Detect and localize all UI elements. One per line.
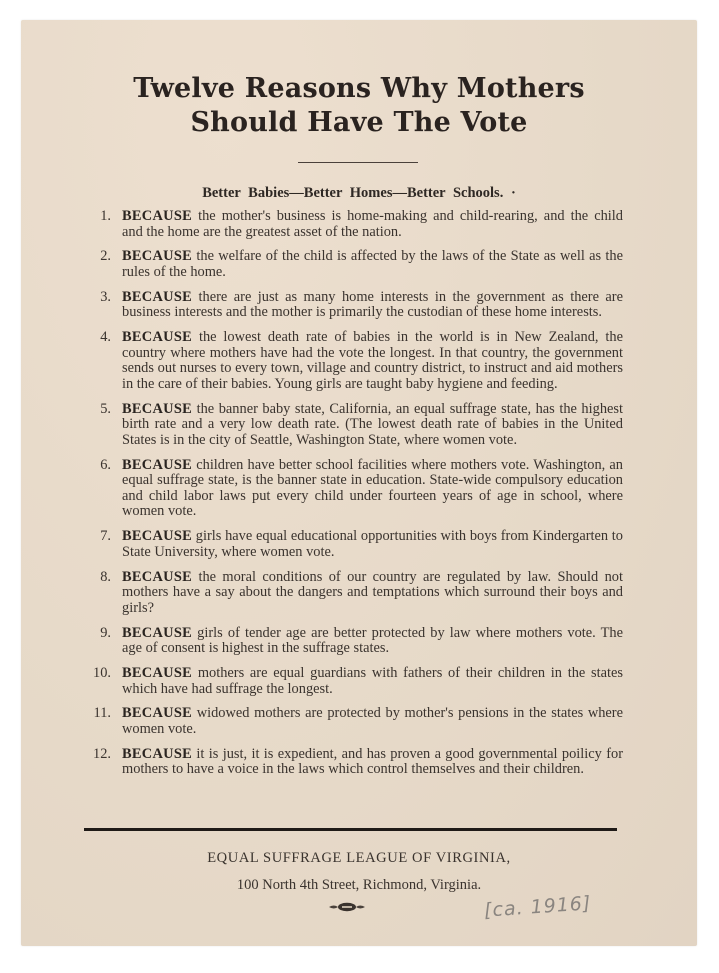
title-line-2: Should Have The Vote bbox=[21, 106, 697, 140]
reason-text: the lowest death rate of babies in the w… bbox=[122, 329, 623, 392]
organization-name: EQUAL SUFFRAGE LEAGUE OF VIRGINIA, bbox=[21, 850, 697, 867]
reason-keyword: BECAUSE bbox=[122, 289, 192, 305]
subtitle: Better Babies—Better Homes—Better School… bbox=[21, 185, 697, 202]
reason-item: 12.BECAUSE it is just, it is expedient, … bbox=[83, 747, 623, 778]
reason-item: 4.BECAUSE the lowest death rate of babie… bbox=[83, 330, 623, 392]
reason-keyword: BECAUSE bbox=[122, 329, 192, 345]
reason-keyword: BECAUSE bbox=[122, 528, 192, 544]
reason-item: 1.BECAUSE the mother's business is home-… bbox=[83, 209, 623, 240]
reason-item: 8.BECAUSE the moral conditions of our co… bbox=[83, 570, 623, 617]
reason-keyword: BECAUSE bbox=[122, 208, 192, 224]
reason-number: 5. bbox=[83, 402, 111, 418]
reason-text: the banner baby state, California, an eq… bbox=[122, 401, 623, 448]
reason-text: girls have equal educational opportuniti… bbox=[122, 528, 623, 560]
reason-number: 3. bbox=[83, 290, 111, 306]
reason-item: 7.BECAUSE girls have equal educational o… bbox=[83, 529, 623, 560]
reason-item: 5.BECAUSE the banner baby state, Califor… bbox=[83, 402, 623, 449]
reason-text: girls of tender age are better protected… bbox=[122, 625, 623, 657]
reason-item: 11.BECAUSE widowed mothers are protected… bbox=[83, 706, 623, 737]
reason-number: 10. bbox=[83, 666, 111, 682]
reason-keyword: BECAUSE bbox=[122, 665, 192, 681]
reason-number: 12. bbox=[83, 747, 111, 763]
reason-text: children have better school facilities w… bbox=[122, 457, 623, 520]
reason-number: 1. bbox=[83, 209, 111, 225]
leaflet-page: Twelve Reasons Why Mothers Should Have T… bbox=[21, 20, 697, 946]
reason-number: 8. bbox=[83, 570, 111, 586]
reason-text: the mother's business is home-making and… bbox=[122, 208, 623, 240]
reason-keyword: BECAUSE bbox=[122, 457, 192, 473]
reason-item: 3.BECAUSE there are just as many home in… bbox=[83, 290, 623, 321]
reason-number: 11. bbox=[83, 706, 111, 722]
reason-keyword: BECAUSE bbox=[122, 705, 192, 721]
reason-number: 9. bbox=[83, 626, 111, 642]
reason-text: the welfare of the child is affected by … bbox=[122, 248, 623, 280]
reason-item: 6.BECAUSE children have better school fa… bbox=[83, 458, 623, 520]
reason-text: mothers are equal guardians with fathers… bbox=[122, 665, 623, 697]
reason-item: 9.BECAUSE girls of tender age are better… bbox=[83, 626, 623, 657]
reason-number: 6. bbox=[83, 458, 111, 474]
reason-text: it is just, it is expedient, and has pro… bbox=[122, 746, 623, 778]
title-line-1: Twelve Reasons Why Mothers bbox=[21, 72, 697, 106]
reason-keyword: BECAUSE bbox=[122, 625, 192, 641]
document-title: Twelve Reasons Why Mothers Should Have T… bbox=[21, 72, 697, 140]
reason-item: 10.BECAUSE mothers are equal guardians w… bbox=[83, 666, 623, 697]
reason-keyword: BECAUSE bbox=[122, 248, 192, 264]
organization-address: 100 North 4th Street, Richmond, Virginia… bbox=[21, 877, 697, 894]
reason-number: 7. bbox=[83, 529, 111, 545]
title-divider bbox=[298, 162, 418, 163]
reason-text: widowed mothers are protected by mother'… bbox=[122, 705, 623, 737]
reason-text: there are just as many home interests in… bbox=[122, 289, 623, 321]
reason-text: the moral conditions of our country are … bbox=[122, 569, 623, 616]
footer-divider bbox=[84, 828, 617, 831]
reasons-list: 1.BECAUSE the mother's business is home-… bbox=[83, 209, 623, 787]
union-label-icon bbox=[328, 902, 366, 912]
handwritten-date-note: [ca. 1916] bbox=[483, 892, 592, 921]
reason-keyword: BECAUSE bbox=[122, 569, 192, 585]
reason-item: 2.BECAUSE the welfare of the child is af… bbox=[83, 249, 623, 280]
reason-keyword: BECAUSE bbox=[122, 401, 192, 417]
reason-keyword: BECAUSE bbox=[122, 746, 192, 762]
reason-number: 4. bbox=[83, 330, 111, 346]
reason-number: 2. bbox=[83, 249, 111, 265]
